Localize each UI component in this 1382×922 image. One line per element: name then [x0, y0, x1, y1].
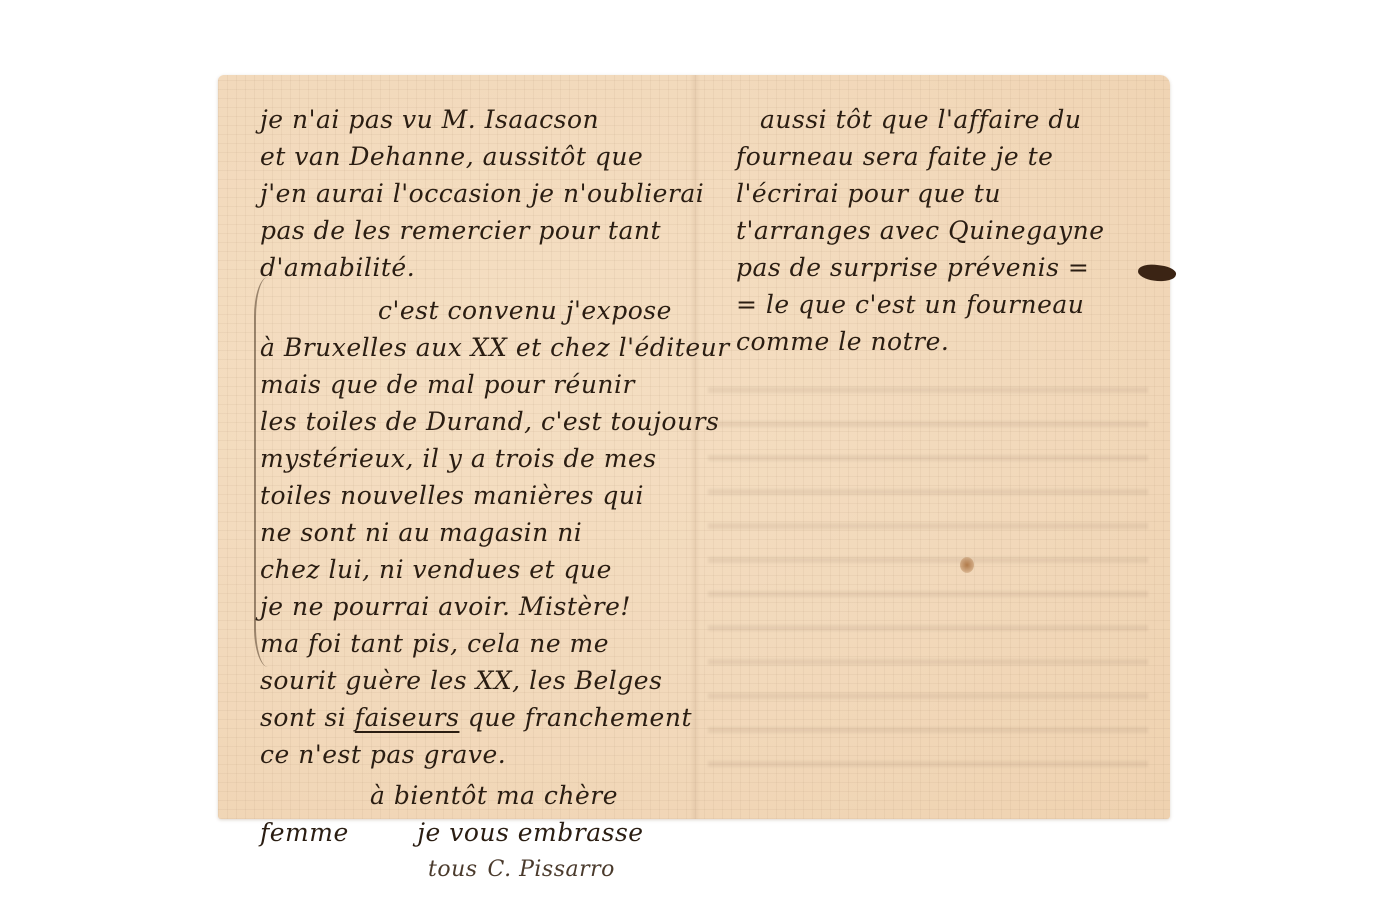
closing-line: à bientôt ma chère: [260, 777, 700, 814]
text-line: toiles nouvelles manières qui: [260, 477, 700, 514]
text-line: sont si faiseurs que franchement: [260, 699, 700, 736]
left-column: je n'ai pas vu M. Isaacson et van Dehann…: [260, 101, 700, 888]
text-line: l'écrirai pour que tu: [736, 175, 1156, 212]
text-line: sourit guère les XX, les Belges: [260, 662, 700, 699]
text-line: mais que de mal pour réunir: [260, 366, 700, 403]
bleed-through-text: [708, 375, 1148, 795]
text-line: ne sont ni au magasin ni: [260, 514, 700, 551]
closing-line: femme je vous embrasse: [260, 814, 700, 851]
closing: à bientôt ma chère femme je vous embrass…: [260, 777, 700, 888]
text-fragment: sont si: [260, 703, 346, 732]
text-line: je ne pourrai avoir. Mistère!: [260, 588, 700, 625]
text-line: pas de les remercier pour tant: [260, 212, 700, 249]
text-line: d'amabilité.: [260, 249, 700, 286]
text-line: comme le notre.: [736, 323, 1156, 360]
paragraph-2: c'est convenu j'expose à Bruxelles aux X…: [260, 292, 700, 773]
closing-word: femme: [260, 818, 349, 847]
closing-word: tous: [428, 851, 478, 888]
signature-row: tous C. Pissarro: [260, 851, 700, 888]
text-line: et van Dehanne, aussitôt que: [260, 138, 700, 175]
text-line: les toiles de Durand, c'est toujours: [260, 403, 700, 440]
text-line: ce n'est pas grave.: [260, 736, 700, 773]
underlined-word: faiseurs: [355, 703, 460, 732]
text-line: fourneau sera faite je te: [736, 138, 1156, 175]
letter-paper: je n'ai pas vu M. Isaacson et van Dehann…: [218, 75, 1170, 819]
text-fragment: que franchement: [468, 703, 692, 732]
text-line: ma foi tant pis, cela ne me: [260, 625, 700, 662]
text-line: j'en aurai l'occasion je n'oublierai: [260, 175, 700, 212]
text-line: aussi tôt que l'affaire du: [736, 101, 1156, 138]
text-line: je n'ai pas vu M. Isaacson: [260, 101, 700, 138]
text-line: mystérieux, il y a trois de mes: [260, 440, 700, 477]
text-line: = le que c'est un fourneau: [736, 286, 1156, 323]
text-line: chez lui, ni vendues et que: [260, 551, 700, 588]
text-line: pas de surprise prévenis =: [736, 249, 1156, 286]
paper-stain: [960, 557, 974, 573]
right-column: aussi tôt que l'affaire du fourneau sera…: [736, 101, 1156, 360]
text-line: c'est convenu j'expose: [260, 292, 700, 329]
paragraph-1: je n'ai pas vu M. Isaacson et van Dehann…: [260, 101, 700, 286]
closing-word: je vous embrasse: [357, 818, 643, 847]
text-line: t'arranges avec Quinegayne: [736, 212, 1156, 249]
text-line: à Bruxelles aux XX et chez l'éditeur: [260, 329, 700, 366]
signature: C. Pissarro: [488, 851, 615, 888]
